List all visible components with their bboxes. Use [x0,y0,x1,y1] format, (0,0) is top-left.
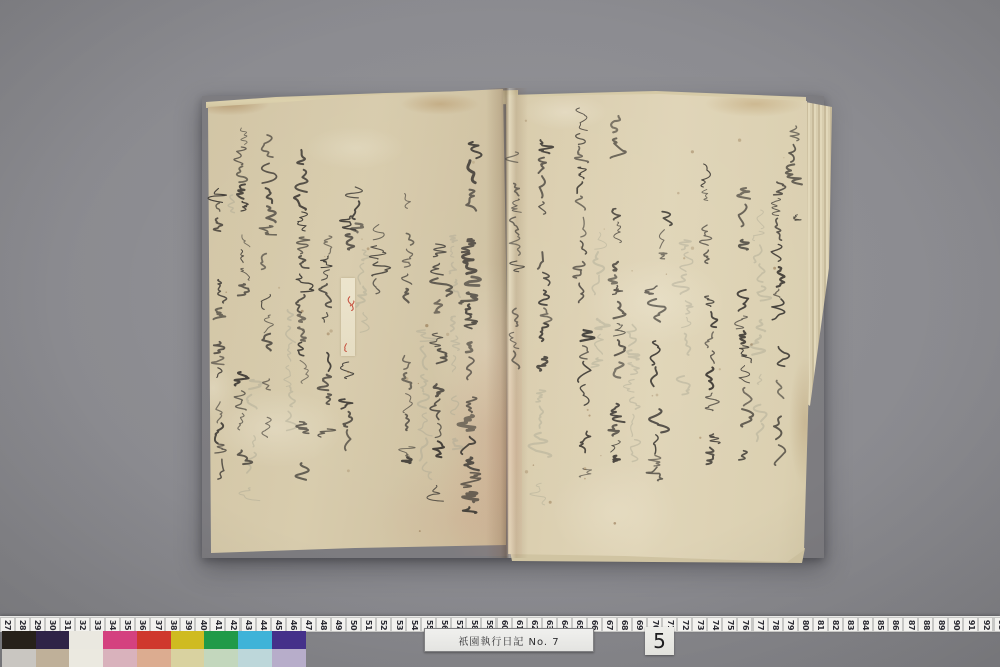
ruler-cm-30: 30 [46,618,59,631]
color-patch-r0-c0 [2,631,36,649]
color-patch-r1-c2 [69,649,103,667]
ruler-cm-83: 83 [844,618,857,631]
photo-stage: 2728293031323334353637383940414243444546… [0,0,1000,667]
color-patch-r1-c1 [36,649,70,667]
ruler-cm-38: 38 [166,618,179,631]
ruler-cm-48: 48 [317,618,330,631]
ruler-cm-45: 45 [272,618,285,631]
ruler-cm-74: 74 [708,618,721,631]
manuscript-right-page [505,92,810,564]
ruler-cm-28: 28 [16,618,29,631]
ruler-cm-41: 41 [211,618,224,631]
color-patch-r1-c4 [137,649,171,667]
ruler-cm-39: 39 [181,618,194,631]
color-patch-r0-c8 [272,631,306,649]
color-patch-r1-c6 [204,649,238,667]
title-label-plate: 祇園執行日記 No. 7 [424,628,594,652]
ruler-cm-81: 81 [814,618,827,631]
color-patch-r0-c7 [238,631,272,649]
ruler-cm-33: 33 [91,618,104,631]
ruler-cm-37: 37 [151,618,164,631]
page-number-text: 5 [653,629,666,653]
ruler-cm-52: 52 [377,618,390,631]
ruler-cm-87: 87 [904,618,917,631]
ruler-cm-89: 89 [934,618,947,631]
color-patch-r1-c5 [171,649,205,667]
ruler-cm-53: 53 [392,618,405,631]
ruler-cm-77: 77 [754,618,767,631]
color-patch-r1-c7 [238,649,272,667]
ruler-cm-75: 75 [723,618,736,631]
ruler-cm-51: 51 [362,618,375,631]
ruler-cm-93: 93 [995,618,1000,631]
color-patch-r0-c4 [137,631,171,649]
ruler-cm-42: 42 [226,618,239,631]
ruler-cm-43: 43 [242,618,255,631]
color-patch-r0-c5 [171,631,205,649]
ruler-cm-84: 84 [859,618,872,631]
ruler-cm-36: 36 [136,618,149,631]
ruler-cm-91: 91 [964,618,977,631]
ruler-cm-67: 67 [603,618,616,631]
color-patch-r0-c6 [204,631,238,649]
ruler-cm-49: 49 [332,618,345,631]
ruler-cm-35: 35 [121,618,134,631]
color-patch-r1-c8 [272,649,306,667]
color-calibration-chart [2,631,306,667]
ruler-cm-68: 68 [618,618,631,631]
ruler-cm-44: 44 [257,618,270,631]
color-patch-r0-c2 [69,631,103,649]
ruler-cm-47: 47 [302,618,315,631]
ruler-cm-78: 78 [769,618,782,631]
ruler-cm-46: 46 [287,618,300,631]
gutter-pink-tint [438,290,522,556]
ruler-cm-50: 50 [347,618,360,631]
ruler-cm-80: 80 [799,618,812,631]
color-patch-r0-c1 [36,631,70,649]
ruler-cm-82: 82 [829,618,842,631]
ruler-cm-27: 27 [1,618,14,631]
red-annotation-slip [341,278,355,356]
ruler-cm-29: 29 [31,618,44,631]
color-patch-r1-c3 [103,649,137,667]
ruler-cm-79: 79 [784,618,797,631]
ruler-cm-73: 73 [693,618,706,631]
page-number-card: 5 [645,627,674,655]
ruler-cm-88: 88 [919,618,932,631]
ruler-cm-92: 92 [979,618,992,631]
ruler-cm-72: 72 [678,618,691,631]
ruler-cm-90: 90 [949,618,962,631]
ruler-cm-40: 40 [196,618,209,631]
ruler-cm-32: 32 [76,618,89,631]
ruler-cm-34: 34 [106,618,119,631]
title-label-text: 祇園執行日記 No. 7 [458,633,559,648]
color-patch-r1-c0 [2,649,36,667]
ruler-cm-86: 86 [889,618,902,631]
ruler-cm-54: 54 [407,618,420,631]
ruler-cm-76: 76 [738,618,751,631]
ruler-cm-85: 85 [874,618,887,631]
color-patch-r0-c3 [103,631,137,649]
ruler-cm-31: 31 [61,618,74,631]
